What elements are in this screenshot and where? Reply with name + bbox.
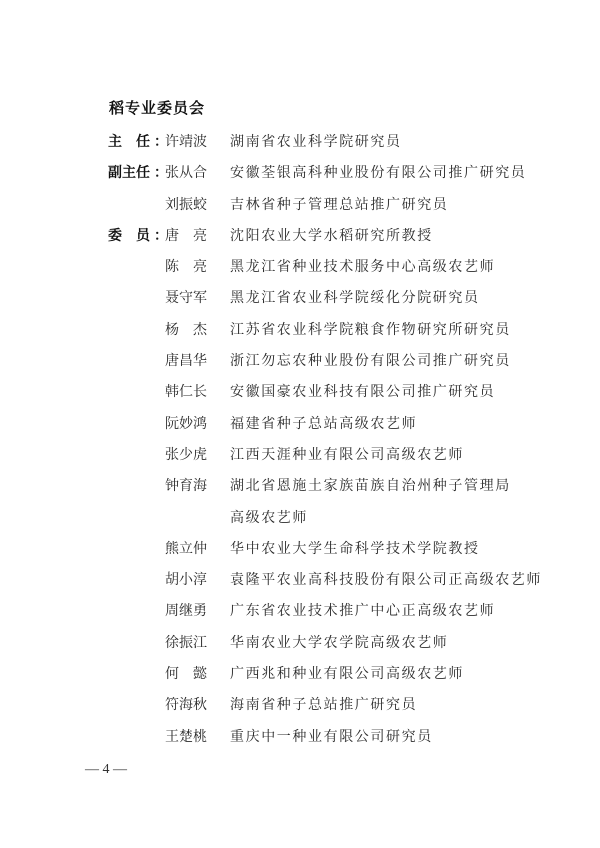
member-affiliation: 江苏省农业科学院粮食作物研究所研究员 <box>230 315 511 346</box>
member-row: 聂守军 黑龙江省农业科学院绥化分院研究员 <box>0 283 600 314</box>
member-name: 唐 亮 <box>165 221 213 252</box>
member-row: 王楚桃 重庆中一种业有限公司研究员 <box>0 722 600 753</box>
member-name: 周继勇 <box>165 596 213 627</box>
role-text: 委 员 <box>108 221 150 252</box>
member-name: 熊立仲 <box>165 534 213 565</box>
member-row: 周继勇 广东省农业技术推广中心正高级农艺师 <box>0 596 600 627</box>
member-affiliation: 海南省种子总站推广研究员 <box>230 690 417 721</box>
member-name: 韩仁长 <box>165 377 213 408</box>
member-row: 何 懿 广西兆和种业有限公司高级农艺师 <box>0 659 600 690</box>
member-name: 陈 亮 <box>165 252 213 283</box>
member-name: 胡小淳 <box>165 565 213 596</box>
member-row-continuation: 高级农艺师 <box>0 503 600 534</box>
member-row: 符海秋 海南省种子总站推广研究员 <box>0 690 600 721</box>
role-text: 副主任 <box>108 158 150 189</box>
member-name: 徐振江 <box>165 628 213 659</box>
member-row: 阮妙鸿 福建省种子总站高级农艺师 <box>0 409 600 440</box>
member-affiliation: 广东省农业技术推广中心正高级农艺师 <box>230 596 495 627</box>
member-name: 王楚桃 <box>165 722 213 753</box>
member-name: 刘振蛟 <box>165 190 213 221</box>
member-list: 主 任 ： 许靖波 湖南省农业科学院研究员 副主任 ： 张从合 安徽荃银高科种业… <box>0 127 600 753</box>
member-name: 许靖波 <box>165 127 213 158</box>
document-page: 稻专业委员会 主 任 ： 许靖波 湖南省农业科学院研究员 副主任 ： 张从合 安… <box>0 0 600 848</box>
member-name: 何 懿 <box>165 659 213 690</box>
member-affiliation: 安徽国豪农业科技有限公司推广研究员 <box>230 377 495 408</box>
member-row: 陈 亮 黑龙江省种业技术服务中心高级农艺师 <box>0 252 600 283</box>
member-affiliation: 华中农业大学生命科学技术学院教授 <box>230 534 480 565</box>
member-name: 张少虎 <box>165 440 213 471</box>
member-name: 聂守军 <box>165 283 213 314</box>
member-row: 唐昌华 浙江勿忘农种业股份有限公司推广研究员 <box>0 346 600 377</box>
member-affiliation-continued: 高级农艺师 <box>230 503 308 534</box>
member-affiliation: 袁隆平农业高科技股份有限公司正高级农艺师 <box>230 565 542 596</box>
member-row: 张少虎 江西天涯种业有限公司高级农艺师 <box>0 440 600 471</box>
committee-title: 稻专业委员会 <box>109 97 205 118</box>
member-name: 唐昌华 <box>165 346 213 377</box>
member-name: 阮妙鸿 <box>165 409 213 440</box>
member-name: 张从合 <box>165 158 213 189</box>
member-row: 熊立仲 华中农业大学生命科学技术学院教授 <box>0 534 600 565</box>
member-row: 徐振江 华南农业大学农学院高级农艺师 <box>0 628 600 659</box>
member-affiliation: 湖北省恩施土家族苗族自治州种子管理局 <box>230 471 511 502</box>
member-row: 刘振蛟 吉林省种子管理总站推广研究员 <box>0 190 600 221</box>
member-affiliation: 黑龙江省农业科学院绥化分院研究员 <box>230 283 480 314</box>
member-row: 副主任 ： 张从合 安徽荃银高科种业股份有限公司推广研究员 <box>0 158 600 189</box>
page-number: — 4 — <box>85 762 127 778</box>
member-name: 钟育海 <box>165 471 213 502</box>
member-affiliation: 湖南省农业科学院研究员 <box>230 127 402 158</box>
member-row: 委 员 ： 唐 亮 沈阳农业大学水稻研究所教授 <box>0 221 600 252</box>
member-row: 韩仁长 安徽国豪农业科技有限公司推广研究员 <box>0 377 600 408</box>
member-affiliation: 重庆中一种业有限公司研究员 <box>230 722 433 753</box>
member-affiliation: 华南农业大学农学院高级农艺师 <box>230 628 448 659</box>
member-affiliation: 江西天涯种业有限公司高级农艺师 <box>230 440 464 471</box>
role-text: 主 任 <box>108 127 150 158</box>
member-affiliation: 沈阳农业大学水稻研究所教授 <box>230 221 433 252</box>
member-name: 符海秋 <box>165 690 213 721</box>
member-affiliation: 福建省种子总站高级农艺师 <box>230 409 417 440</box>
member-affiliation: 安徽荃银高科种业股份有限公司推广研究员 <box>230 158 526 189</box>
member-row: 主 任 ： 许靖波 湖南省农业科学院研究员 <box>0 127 600 158</box>
member-affiliation: 吉林省种子管理总站推广研究员 <box>230 190 448 221</box>
member-row: 胡小淳 袁隆平农业高科技股份有限公司正高级农艺师 <box>0 565 600 596</box>
member-row: 杨 杰 江苏省农业科学院粮食作物研究所研究员 <box>0 315 600 346</box>
member-name: 杨 杰 <box>165 315 213 346</box>
member-affiliation: 广西兆和种业有限公司高级农艺师 <box>230 659 464 690</box>
member-affiliation: 浙江勿忘农种业股份有限公司推广研究员 <box>230 346 511 377</box>
member-affiliation: 黑龙江省种业技术服务中心高级农艺师 <box>230 252 495 283</box>
member-row: 钟育海 湖北省恩施土家族苗族自治州种子管理局 <box>0 471 600 502</box>
